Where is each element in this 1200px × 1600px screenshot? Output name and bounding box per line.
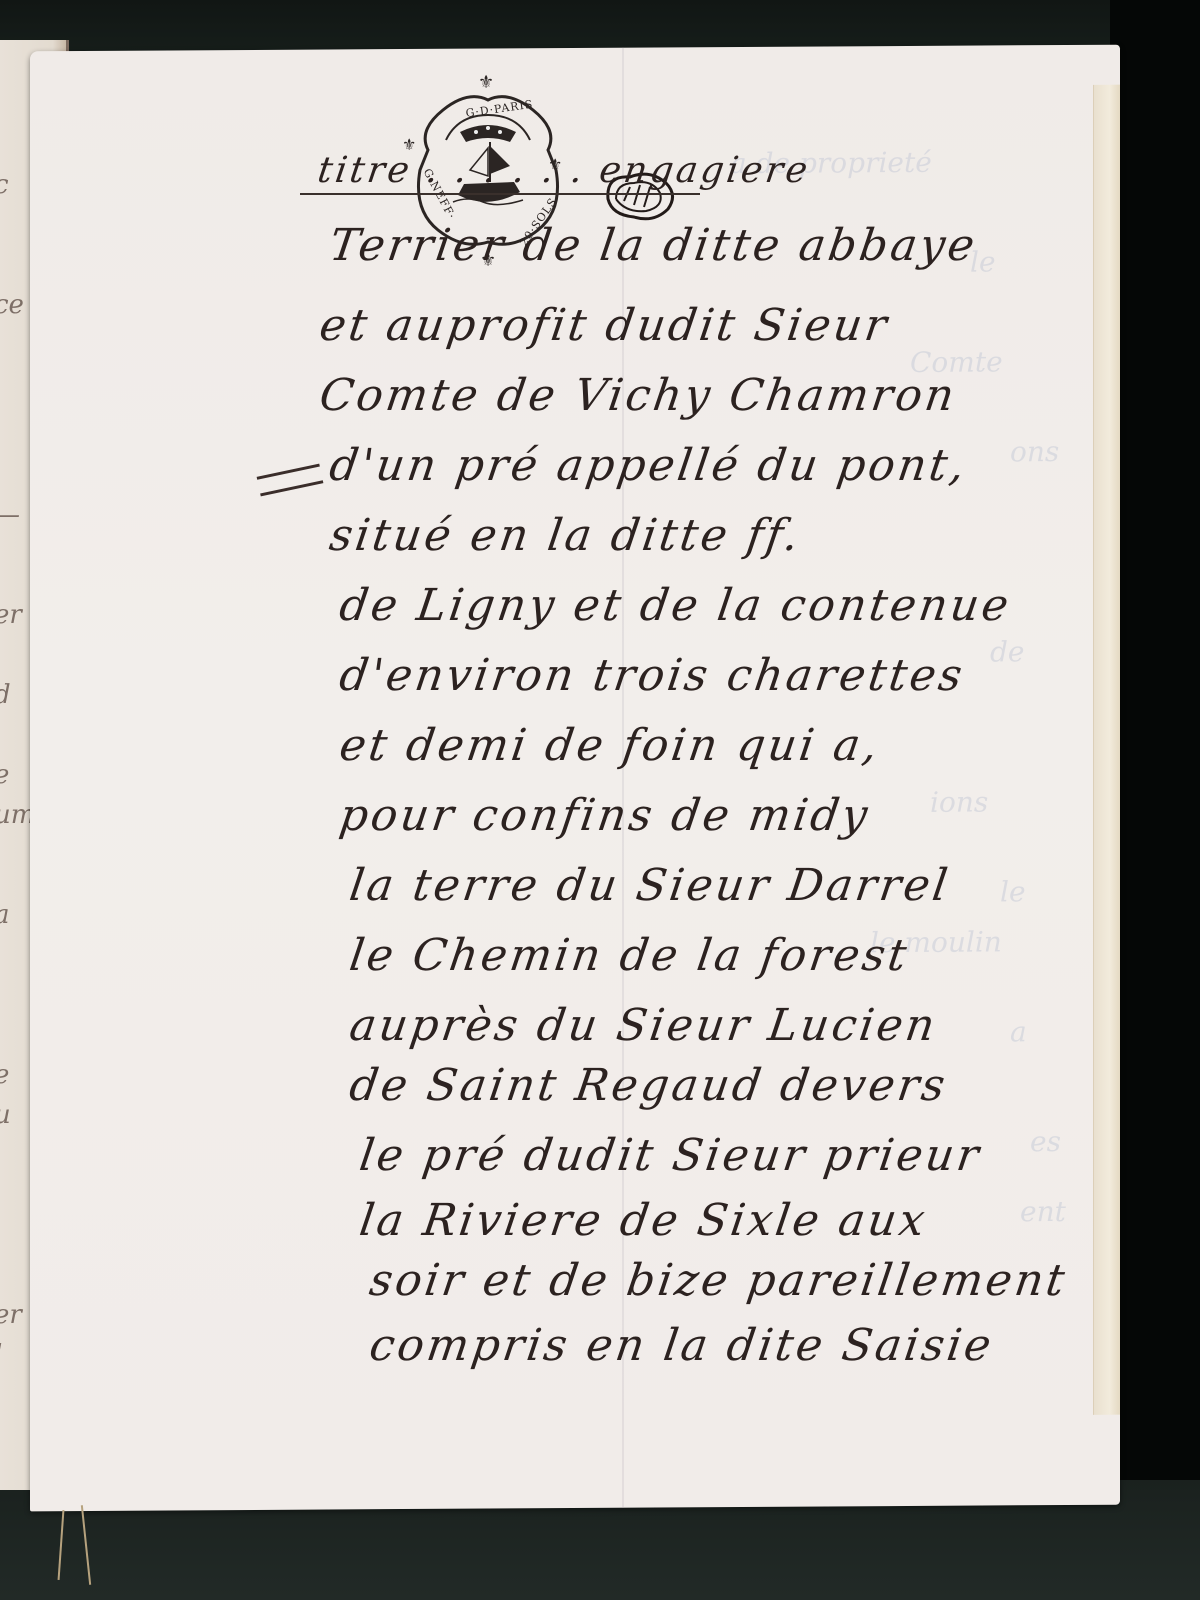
manuscript-line-16: la Riviere de Sixle aux <box>356 1195 930 1246</box>
left-page-fragment: — <box>0 500 20 530</box>
left-page-fragment: l <box>0 1340 2 1370</box>
page-edge-folded <box>1093 85 1120 1415</box>
manuscript-line-10: pour confins de midy <box>336 790 873 841</box>
manuscript-line-12: le Chemin de la forest <box>346 930 912 981</box>
manuscript-line-7: de Ligny et de la contenue <box>336 580 1014 631</box>
svg-text:⚜: ⚜ <box>478 72 494 93</box>
bleed-through-text: ent <box>1020 1195 1066 1228</box>
strikethrough-line <box>300 193 700 195</box>
bleed-through-text: le <box>1000 875 1026 908</box>
bleed-through-text: a <box>1010 1015 1027 1048</box>
manuscript-line-1: titre . . . . . . engagiere <box>315 150 813 191</box>
manuscript-line-8: d'environ trois charettes <box>336 650 968 701</box>
manuscript-line-9: et demi de foin qui a, <box>336 720 883 771</box>
left-page-fragment: e <box>0 1060 9 1090</box>
manuscript-line-11: la terre du Sieur Darrel <box>346 860 953 911</box>
manuscript-line-4: Comte de Vichy Chamron <box>316 370 960 421</box>
manuscript-line-6: situé en la ditte ff. <box>326 510 804 561</box>
manuscript-line-18: compris en la dite Saisie <box>366 1320 997 1371</box>
left-page-fragment: er <box>0 600 22 630</box>
left-page-fragment: a <box>0 900 10 930</box>
left-page-fragment: e <box>0 760 9 790</box>
left-page-fragment: c <box>0 170 9 200</box>
bleed-through-text: ions <box>930 785 988 818</box>
manuscript-line-2: Terrier de la ditte abbaye <box>326 220 980 271</box>
manuscript-line-15: le pré dudit Sieur prieur <box>356 1130 984 1181</box>
left-page-fragment: u <box>0 1100 11 1130</box>
manuscript-line-3: et auprofit dudit Sieur <box>316 300 892 351</box>
manuscript-line-5: d'un pré appellé du pont, <box>326 440 970 491</box>
dark-background-right <box>1110 0 1200 1600</box>
bleed-through-text: ons <box>1010 435 1059 468</box>
bleed-through-text: de <box>990 635 1025 668</box>
manuscript-line-14: de Saint Regaud devers <box>346 1060 951 1111</box>
manuscript-line-17: soir et de bize pareillement <box>366 1255 1070 1306</box>
manuscript-line-13: auprès du Sieur Lucien <box>346 1000 940 1051</box>
bleed-through-text: es <box>1030 1125 1061 1158</box>
left-page-fragment: d <box>0 680 11 710</box>
left-page-fragment: ce <box>0 290 24 320</box>
left-page-fragment: er <box>0 1300 22 1330</box>
